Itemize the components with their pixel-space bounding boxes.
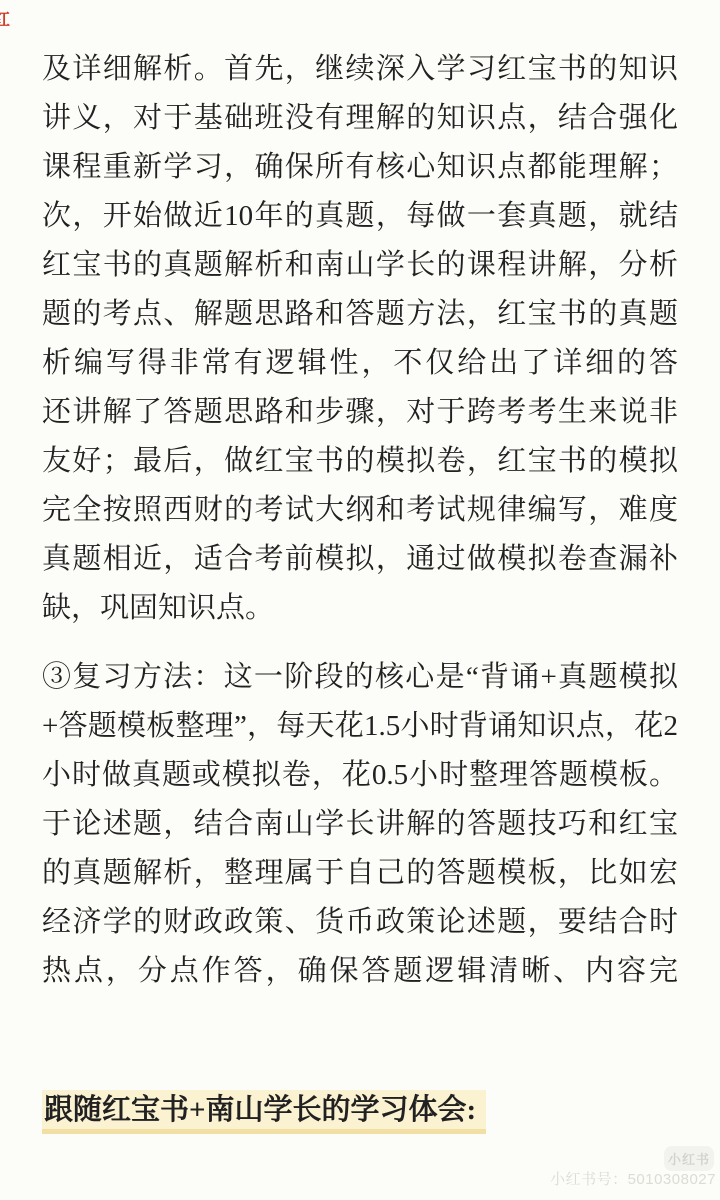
text-line: 及详细解析。首先，继续深入学习红宝书的知识点 [42, 45, 678, 94]
text-line: ③复习方法：这一阶段的核心是“背诵+真题模拟 [42, 653, 678, 702]
text-line: 热点，分点作答，确保答题逻辑清晰、内容完整。 [42, 947, 678, 996]
corner-red-mark: 红 [0, 5, 10, 30]
text-line: 于论述题，结合南山学长讲解的答题技巧和红宝书 [42, 800, 678, 849]
page: 红 及详细解析。首先，继续深入学习红宝书的知识点讲义，对于基础班没有理解的知识点… [0, 0, 720, 1200]
text-line: +答题模板整理”，每天花1.5小时背诵知识点，花2 [42, 702, 678, 751]
text-line: 还讲解了答题思路和步骤，对于跨考考生来说非常 [42, 388, 678, 437]
text-line: 完全按照西财的考试大纲和考试规律编写，难度与 [42, 486, 678, 535]
text-line: 讲义，对于基础班没有理解的知识点，结合强化班 [42, 94, 678, 143]
xiaohongshu-id-watermark: 小红书号：5010308027 [550, 1168, 716, 1189]
text-line: 析编写得非常有逻辑性，不仅给出了详细的答案， [42, 339, 678, 388]
text-line: 友好；最后，做红宝书的模拟卷，红宝书的模拟卷 [42, 437, 678, 486]
text-line: 缺，巩固知识点。 [42, 584, 678, 633]
text-line: 小时做真题或模拟卷，花0.5小时整理答题模板。对 [42, 751, 678, 800]
text-line: 次，开始做近10年的真题，每做一套真题，就结合 [42, 192, 678, 241]
paragraph-review-method: ③复习方法：这一阶段的核心是“背诵+真题模拟+答题模板整理”，每天花1.5小时背… [42, 653, 678, 996]
text-line: 课程重新学习，确保所有核心知识点都能理解；其 [42, 143, 678, 192]
text-line: 红宝书的真题解析和南山学长的课程讲解，分析真 [42, 241, 678, 290]
section-heading: 跟随红宝书+南山学长的学习体会: [42, 1090, 486, 1134]
text-line: 的真题解析，整理属于自己的答题模板，比如宏观 [42, 849, 678, 898]
paragraph-study-plan: 及详细解析。首先，继续深入学习红宝书的知识点讲义，对于基础班没有理解的知识点，结… [42, 45, 678, 633]
text-line: 经济学的财政政策、货币政策论述题，要结合时政 [42, 898, 678, 947]
text-line: 真题相近，适合考前模拟，通过做模拟卷查漏补 [42, 535, 678, 584]
body-text: 及详细解析。首先，继续深入学习红宝书的知识点讲义，对于基础班没有理解的知识点，结… [42, 45, 678, 1016]
text-line: 题的考点、解题思路和答题方法，红宝书的真题解 [42, 290, 678, 339]
